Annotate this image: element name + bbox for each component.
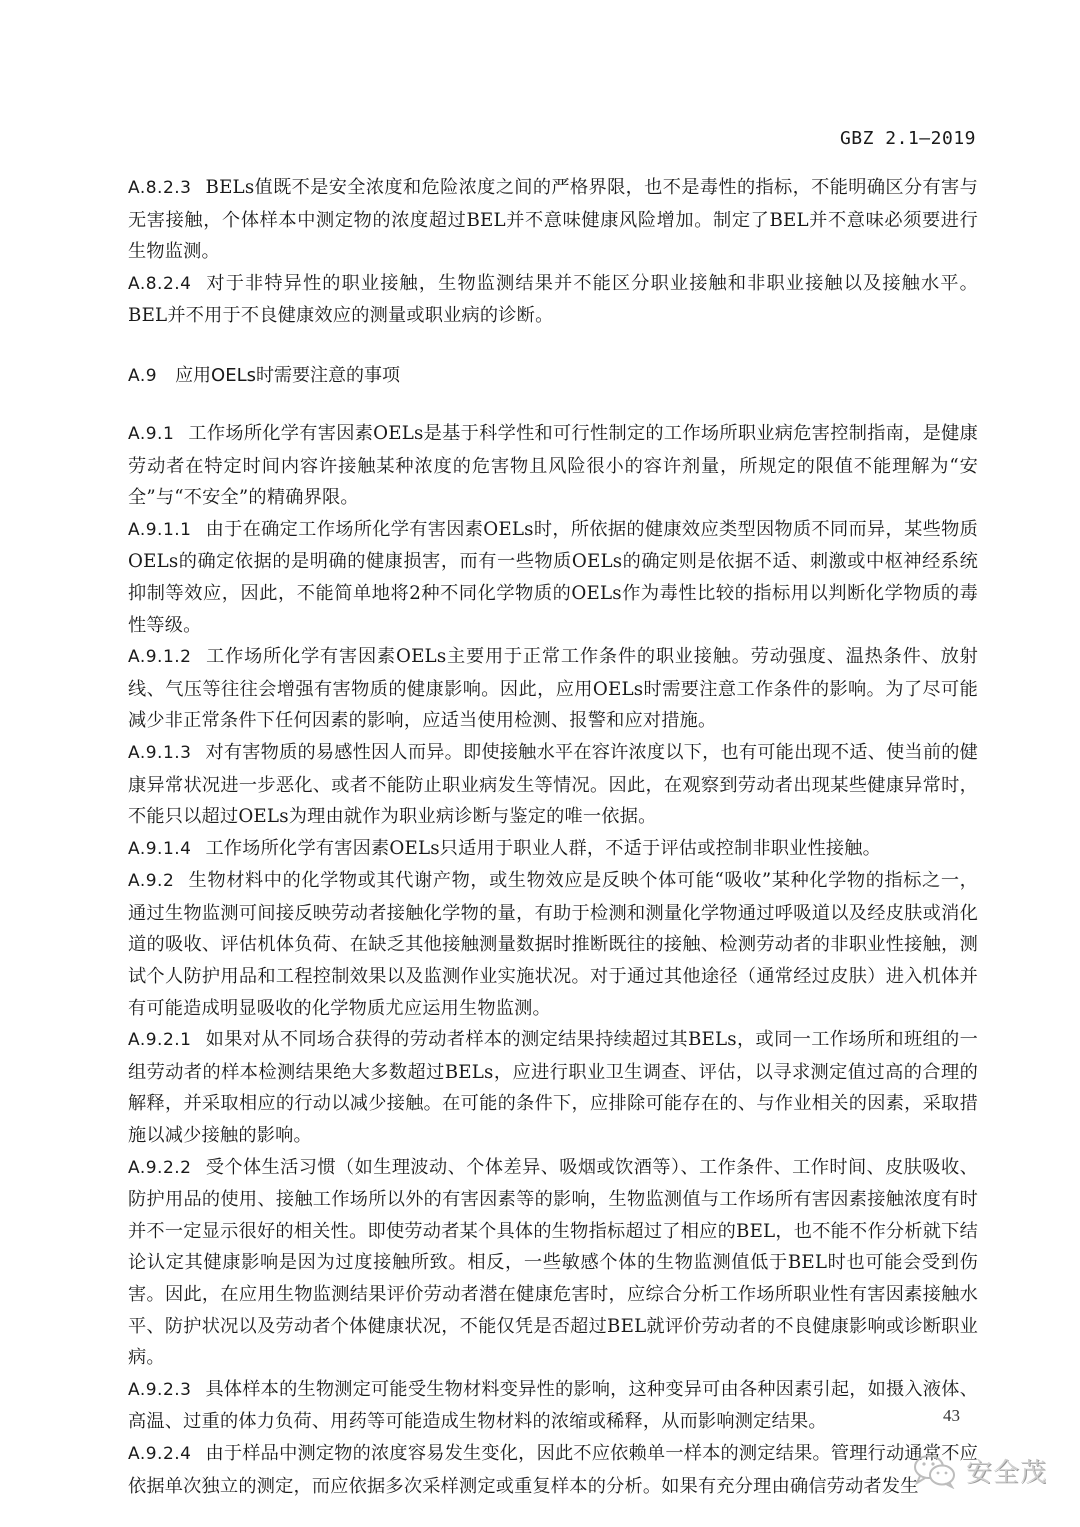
clause-number: A.9.2.2 [128, 1158, 192, 1178]
clause-text: BELs值既不是安全浓度和危险浓度之间的严格界限，也不是毒性的指标，不能明确区分… [128, 177, 978, 262]
watermark: 安全茂 [912, 1452, 1047, 1489]
standard-code-header: GBZ 2.1—2019 [840, 128, 976, 149]
clause-text: 对有害物质的易感性因人而异。即使接触水平在容许浓度以下，也有可能出现不适、使当前… [128, 742, 978, 827]
clause-number: A.9.2 [128, 871, 174, 891]
section-number: A.9 [128, 366, 157, 386]
clause-number: A.8.2.3 [128, 178, 192, 198]
clause-number: A.9.1.3 [128, 743, 192, 763]
watermark-text: 安全茂 [966, 1452, 1047, 1489]
clause-a-9-1-1: A.9.1.1由于在确定工作场所化学有害因素OELs时，所依据的健康效应类型因物… [128, 514, 978, 641]
clause-number: A.9.1.4 [128, 839, 192, 859]
clause-number: A.9.1.1 [128, 520, 192, 540]
clause-number: A.9.2.4 [128, 1444, 192, 1464]
clause-text: 生物材料中的化学物或其代谢产物，或生物效应是反映个体可能“吸收”某种化学物的指标… [128, 870, 978, 1018]
page-number: 43 [943, 1406, 960, 1426]
clause-text: 工作场所化学有害因素OELs主要用于正常工作条件的职业接触。劳动强度、温热条件、… [128, 646, 978, 731]
clause-a-9-1-4: A.9.1.4工作场所化学有害因素OELs只适用于职业人群，不适于评估或控制非职… [128, 833, 978, 866]
clause-number: A.9.2.1 [128, 1030, 192, 1050]
clause-text: 如果对从不同场合获得的劳动者样本的测定结果持续超过其BELs，或同一工作场所和班… [128, 1029, 978, 1146]
section-title: 应用OELs时需要注意的事项 [175, 365, 400, 386]
clause-a-9-1: A.9.1工作场所化学有害因素OELs是基于科学性和可行性制定的工作场所职业病危… [128, 418, 978, 514]
clause-text: 受个体生活习惯（如生理波动、个体差异、吸烟或饮酒等）、工作条件、工作时间、皮肤吸… [128, 1157, 978, 1369]
clause-a-9-2-4: A.9.2.4由于样品中测定物的浓度容易发生变化，因此不应依赖单一样本的测定结果… [128, 1438, 978, 1502]
clause-number: A.9.2.3 [128, 1380, 192, 1400]
clause-a-9-2-1: A.9.2.1如果对从不同场合获得的劳动者样本的测定结果持续超过其BELs，或同… [128, 1024, 978, 1151]
clause-number: A.8.2.4 [128, 274, 192, 294]
clause-number: A.9.1.2 [128, 647, 192, 667]
clause-a-8-2-3: A.8.2.3BELs值既不是安全浓度和危险浓度之间的严格界限，也不是毒性的指标… [128, 172, 978, 268]
clause-a-9-2-2: A.9.2.2受个体生活习惯（如生理波动、个体差异、吸烟或饮酒等）、工作条件、工… [128, 1152, 978, 1374]
wechat-icon [912, 1453, 958, 1489]
clause-a-9-2: A.9.2生物材料中的化学物或其代谢产物，或生物效应是反映个体可能“吸收”某种化… [128, 865, 978, 1024]
clause-a-8-2-4: A.8.2.4对于非特异性的职业接触，生物监测结果并不能区分职业接触和非职业接触… [128, 268, 978, 332]
clause-a-9-2-3: A.9.2.3具体样本的生物测定可能受生物材料变异性的影响，这种变异可由各种因素… [128, 1374, 978, 1438]
clause-text: 对于非特异性的职业接触，生物监测结果并不能区分职业接触和非职业接触以及接触水平。… [128, 273, 978, 327]
clause-text: 由于在确定工作场所化学有害因素OELs时，所依据的健康效应类型因物质不同而异，某… [128, 519, 978, 636]
clause-text: 由于样品中测定物的浓度容易发生变化，因此不应依赖单一样本的测定结果。管理行动通常… [128, 1443, 978, 1497]
clause-a-9-1-3: A.9.1.3对有害物质的易感性因人而异。即使接触水平在容许浓度以下，也有可能出… [128, 737, 978, 833]
document-body: A.8.2.3BELs值既不是安全浓度和危险浓度之间的严格界限，也不是毒性的指标… [128, 172, 978, 1502]
clause-text: 工作场所化学有害因素OELs只适用于职业人群，不适于评估或控制非职业性接触。 [206, 838, 882, 859]
clause-text: 具体样本的生物测定可能受生物材料变异性的影响，这种变异可由各种因素引起，如摄入液… [128, 1379, 978, 1433]
clause-text: 工作场所化学有害因素OELs是基于科学性和可行性制定的工作场所职业病危害控制指南… [128, 423, 978, 508]
clause-number: A.9.1 [128, 424, 174, 444]
clause-a-9-1-2: A.9.1.2工作场所化学有害因素OELs主要用于正常工作条件的职业接触。劳动强… [128, 641, 978, 737]
section-heading-a-9: A.9应用OELs时需要注意的事项 [128, 360, 978, 392]
